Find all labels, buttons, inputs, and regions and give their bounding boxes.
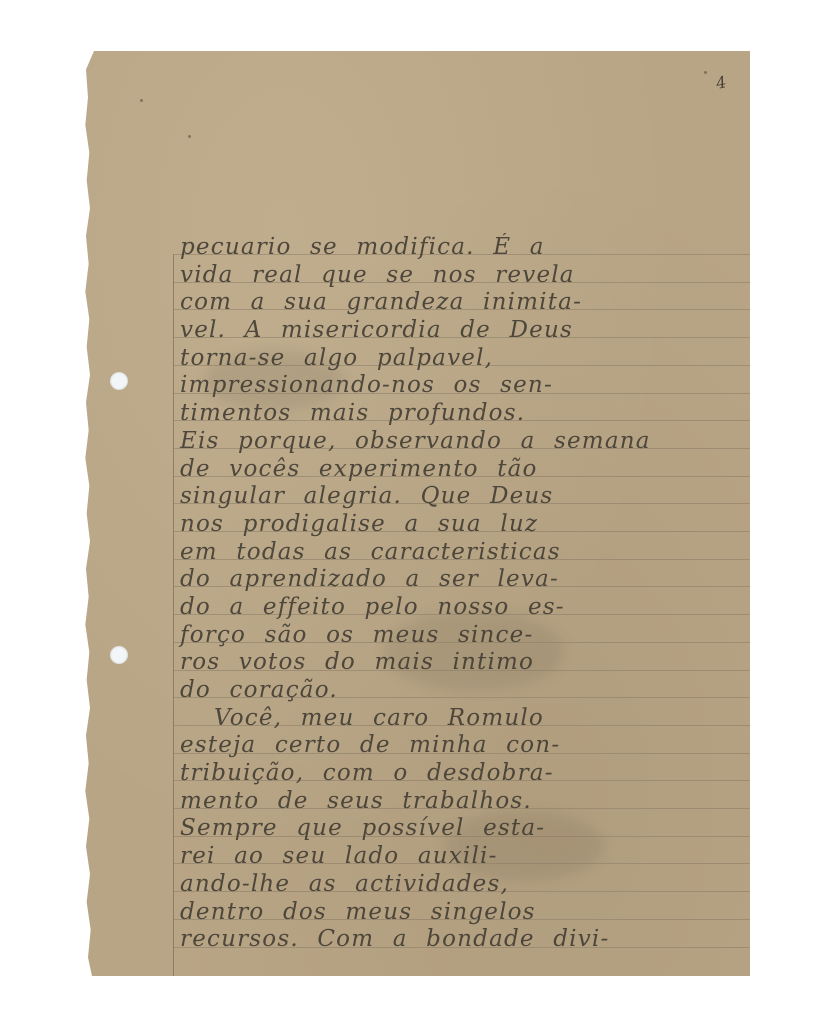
- punch-hole-bottom: [110, 646, 128, 664]
- text-line: tribuição, com o desdobra-: [180, 760, 752, 788]
- text-line: Sempre que possível esta-: [180, 815, 752, 843]
- text-line: dentro dos meus singelos: [180, 899, 752, 927]
- text-line-paragraph-start: Você, meu caro Romulo: [180, 705, 752, 733]
- paper-speck: [704, 71, 707, 74]
- text-line: impressionando-nos os sen-: [180, 372, 752, 400]
- punch-hole-top: [110, 372, 128, 390]
- text-line: pecuario se modifica. É a: [180, 234, 752, 262]
- text-line: vel. A misericordia de Deus: [180, 317, 752, 345]
- scan-background: 4: [0, 0, 830, 1024]
- text-line: forço são os meus since-: [180, 622, 752, 650]
- text-line: esteja certo de minha con-: [180, 732, 752, 760]
- text-line: nos prodigalise a sua luz: [180, 511, 752, 539]
- text-line: do aprendizado a ser leva-: [180, 566, 752, 594]
- text-line: do coração.: [180, 677, 752, 705]
- text-line: de vocês experimento tão: [180, 456, 752, 484]
- text-line: timentos mais profundos.: [180, 400, 752, 428]
- text-line: rei ao seu lado auxili-: [180, 843, 752, 871]
- text-line: ando-lhe as actividades,: [180, 871, 752, 899]
- paper-sheet: 4: [84, 51, 750, 976]
- text-line: mento de seus trabalhos.: [180, 788, 752, 816]
- handwritten-text-body: pecuario se modifica. É a vida real que …: [180, 234, 752, 954]
- text-line: do a effeito pelo nosso es-: [180, 594, 752, 622]
- page-number: 4: [714, 72, 728, 93]
- paper-speck: [140, 99, 143, 102]
- text-line: recursos. Com a bondade divi-: [180, 926, 752, 954]
- text-line: torna-se algo palpavel,: [180, 345, 752, 373]
- text-line: singular alegria. Que Deus: [180, 483, 752, 511]
- text-line: com a sua grandeza inimita-: [180, 289, 752, 317]
- text-line: ros votos do mais intimo: [180, 649, 752, 677]
- paper-speck: [188, 135, 191, 138]
- text-line: vida real que se nos revela: [180, 262, 752, 290]
- text-line: em todas as caracteristicas: [180, 539, 752, 567]
- text-line: Eis porque, observando a semana: [180, 428, 752, 456]
